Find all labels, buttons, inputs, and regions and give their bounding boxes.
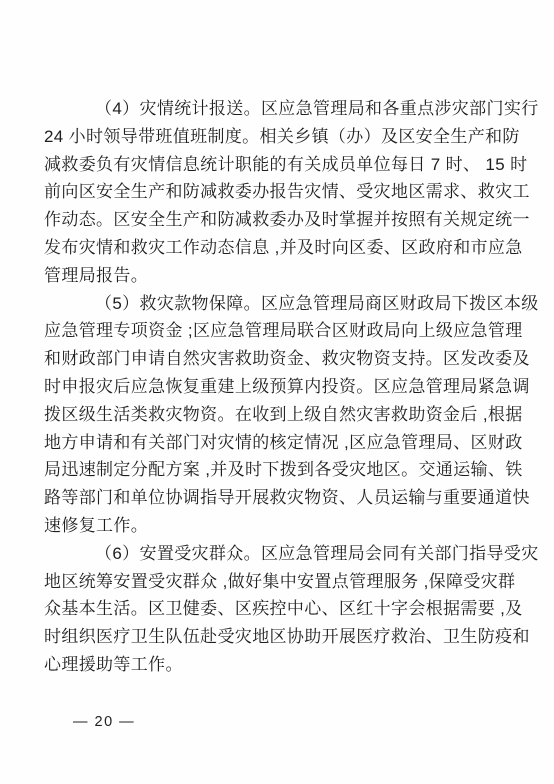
text-line: 时组织医疗卫生队伍赴受灾地区协助开展医疗救治、卫生防疫和 <box>44 623 542 651</box>
text-line: 24 小时领导带班值班制度。相关乡镇（办）及区安全生产和防 <box>44 123 542 151</box>
text-line: 应急管理专项资金 ;区应急管理局联合区财政局向上级应急管理 <box>44 317 542 345</box>
text-line: 发布灾情和救灾工作动态信息 ,并及时向区委、区政府和市应急 <box>44 234 542 262</box>
text-line: 局迅速制定分配方案 ,并及时下拨到各受灾地区。交通运输、铁 <box>44 456 542 484</box>
text-line: （4）灾情统计报送。区应急管理局和各重点涉灾部门实行 <box>44 95 542 123</box>
text-line: 地方申请和有关部门对灾情的核定情况 ,区应急管理局、区财政 <box>44 429 542 457</box>
document-page: （4）灾情统计报送。区应急管理局和各重点涉灾部门实行24 小时领导带班值班制度。… <box>0 0 554 784</box>
text-line: 作动态。区安全生产和防减救委办及时掌握并按照有关规定统一 <box>44 206 542 234</box>
text-line: 管理局报告。 <box>44 262 542 290</box>
text-line: 时申报灾后应急恢复重建上级预算内投资。区应急管理局紧急调 <box>44 373 542 401</box>
paragraph: （6）安置受灾群众。区应急管理局会同有关部门指导受灾地区统筹安置受灾群众 ,做好… <box>44 540 542 679</box>
text-line: 心理援助等工作。 <box>44 651 542 679</box>
text-line: 前向区安全生产和防减救委办报告灾情、受灾地区需求、救灾工 <box>44 178 542 206</box>
text-line: （5）救灾款物保障。区应急管理局商区财政局下拨区本级 <box>44 290 542 318</box>
page-number: — 20 — <box>73 712 135 732</box>
text-line: 减救委负有灾情信息统计职能的有关成员单位每日 7 时、 15 时 <box>44 151 542 179</box>
paragraph: （5）救灾款物保障。区应急管理局商区财政局下拨区本级应急管理专项资金 ;区应急管… <box>44 290 542 540</box>
text-line: 和财政部门申请自然灾害救助资金、救灾物资支持。区发改委及 <box>44 345 542 373</box>
paragraph: （4）灾情统计报送。区应急管理局和各重点涉灾部门实行24 小时领导带班值班制度。… <box>44 95 542 290</box>
document-body: （4）灾情统计报送。区应急管理局和各重点涉灾部门实行24 小时领导带班值班制度。… <box>44 95 542 679</box>
text-line: 拨区级生活类救灾物资。在收到上级自然灾害救助资金后 ,根据 <box>44 401 542 429</box>
text-line: 速修复工作。 <box>44 512 542 540</box>
text-line: 众基本生活。区卫健委、区疾控中心、区红十字会根据需要 ,及 <box>44 595 542 623</box>
text-line: 路等部门和单位协调指导开展救灾物资、人员运输与重要通道快 <box>44 484 542 512</box>
text-line: 地区统筹安置受灾群众 ,做好集中安置点管理服务 ,保障受灾群 <box>44 568 542 596</box>
text-line: （6）安置受灾群众。区应急管理局会同有关部门指导受灾 <box>44 540 542 568</box>
